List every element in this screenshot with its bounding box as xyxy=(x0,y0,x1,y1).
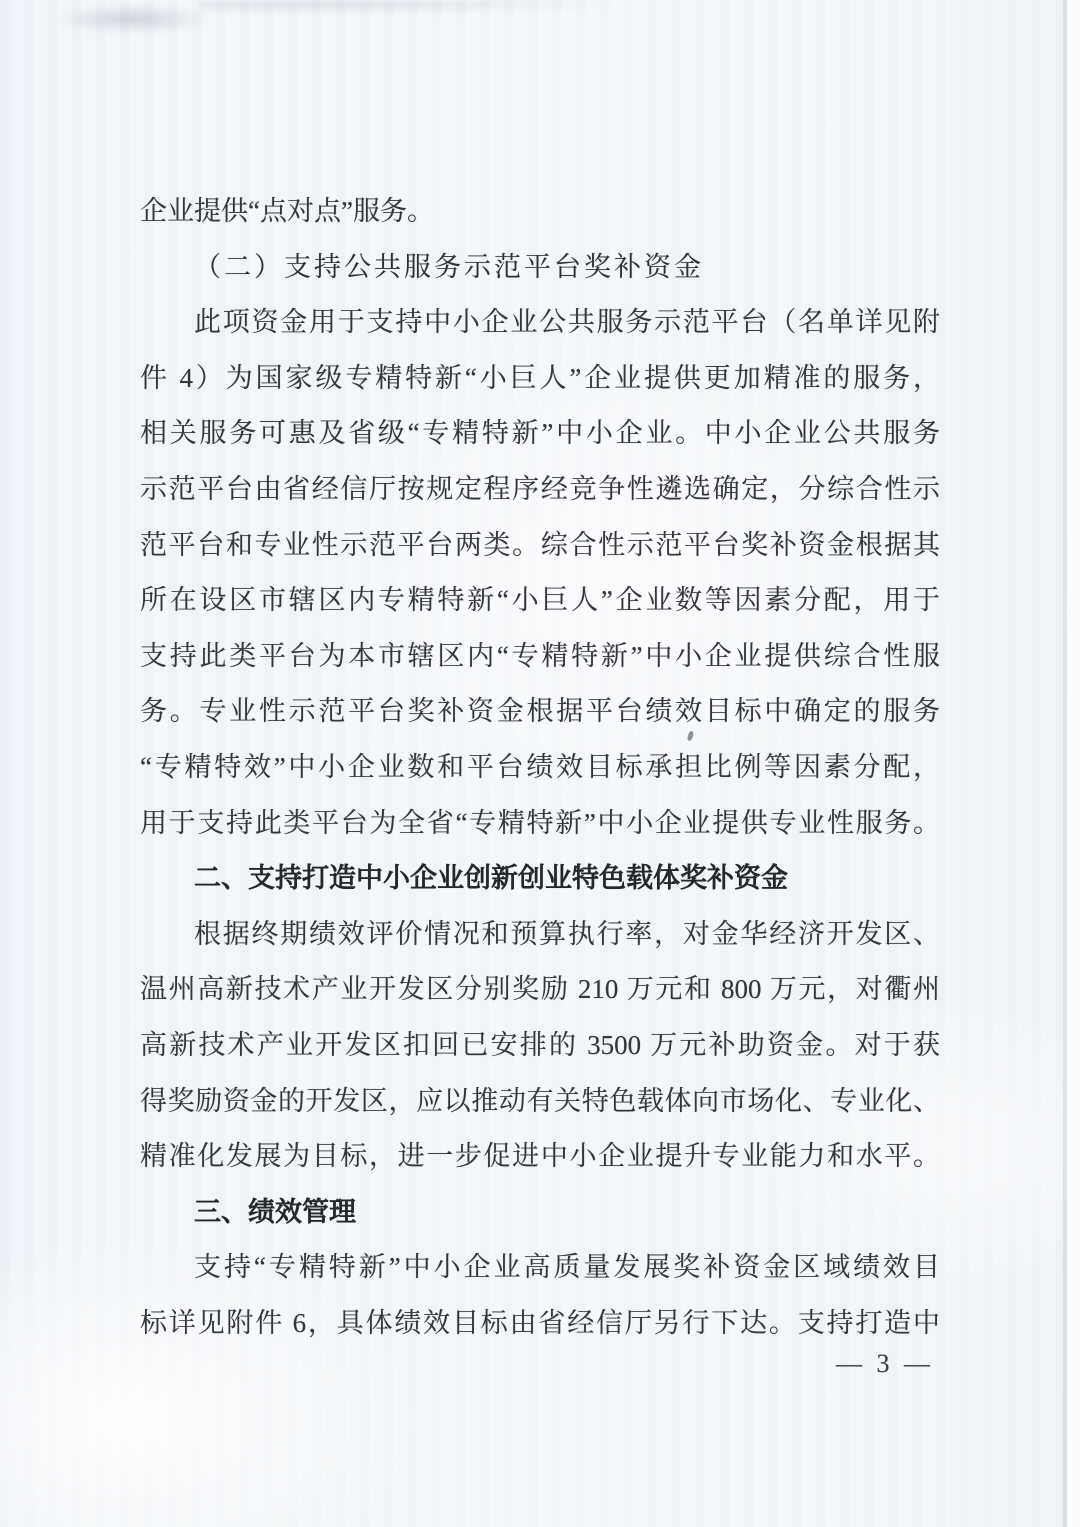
text-line: 此项资金用于支持中小企业公共服务示范平台（名单详见附 xyxy=(140,295,940,351)
text-line: 件 4）为国家级专精特新“小巨人”企业提供更加精准的服务， xyxy=(140,351,940,407)
text-line: 精准化发展为目标，进一步促进中小企业提升专业能力和水平。 xyxy=(140,1129,940,1185)
text-line: 根据终期绩效评价情况和预算执行率，对金华经济开发区、 xyxy=(140,907,940,963)
page-number: — 3 — xyxy=(836,1349,946,1379)
scan-edge-margin xyxy=(1067,0,1080,1527)
section-heading-iii: 三、绩效管理 xyxy=(140,1185,940,1241)
text-line: 务。专业性示范平台奖补资金根据平台绩效目标中确定的服务 xyxy=(140,684,940,740)
text-line: 示范平台由省经信厅按规定程序经竞争性遴选确定，分综合性示 xyxy=(140,462,940,518)
text-line: 高新技术产业开发区扣回已安排的 3500 万元补助资金。对于获 xyxy=(140,1018,940,1074)
text-line: 标详见附件 6，具体绩效目标由省经信厅另行下达。支持打造中 xyxy=(140,1296,940,1352)
document-body: 企业提供“点对点”服务。 （二）支持公共服务示范平台奖补资金 此项资金用于支持中… xyxy=(140,184,940,1351)
text-line: 用于支持此类平台为全省“专精特新”中小企业提供专业性服务。 xyxy=(140,796,940,852)
scan-smudge xyxy=(52,4,212,34)
text-line: 温州高新技术产业开发区分别奖励 210 万元和 800 万元，对衢州 xyxy=(140,962,940,1018)
section-heading-2: （二）支持公共服务示范平台奖补资金 xyxy=(140,240,940,296)
text-line: 范平台和专业性示范平台两类。综合性示范平台奖补资金根据其 xyxy=(140,518,940,574)
section-heading-ii: 二、支持打造中小企业创新创业特色载体奖补资金 xyxy=(140,851,940,907)
scanned-page: 企业提供“点对点”服务。 （二）支持公共服务示范平台奖补资金 此项资金用于支持中… xyxy=(0,0,1080,1527)
text-line: 相关服务可惠及省级“专精特新”中小企业。中小企业公共服务 xyxy=(140,406,940,462)
text-line: 企业提供“点对点”服务。 xyxy=(140,184,940,240)
text-line: 所在设区市辖区内专精特新“小巨人”企业数等因素分配，用于 xyxy=(140,573,940,629)
text-line: “专精特效”中小企业数和平台绩效目标承担比例等因素分配， xyxy=(140,740,940,796)
text-line: 支持此类平台为本市辖区内“专精特新”中小企业提供综合性服 xyxy=(140,629,940,685)
scan-smudge xyxy=(200,0,620,14)
text-line: 得奖励资金的开发区，应以推动有关特色载体向市场化、专业化、 xyxy=(140,1074,940,1130)
text-line: 支持“专精特新”中小企业高质量发展奖补资金区域绩效目 xyxy=(140,1240,940,1296)
